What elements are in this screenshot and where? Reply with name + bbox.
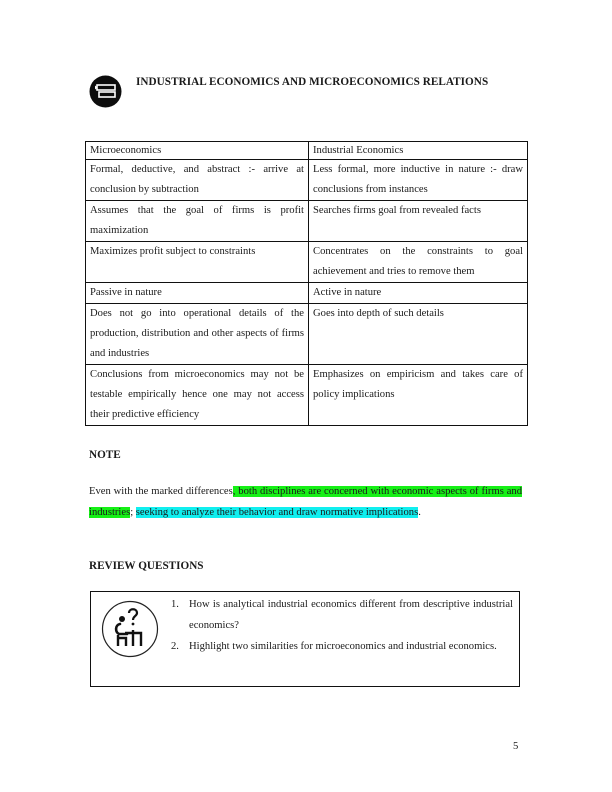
table-cell: Concentrates on the constraints to goal … — [309, 242, 528, 283]
table-cell: Searches firms goal from revealed facts — [309, 201, 528, 242]
table-cell: Maximizes profit subject to constraints — [86, 242, 309, 283]
note-highlight-cyan: seeking to analyze their behavior and dr… — [136, 507, 418, 518]
question-text: How is analytical industrial economics d… — [189, 599, 513, 631]
question-number: 2. — [171, 636, 179, 657]
note-heading: NOTE — [89, 449, 121, 461]
note-text-plain: Even with the marked differences — [89, 486, 233, 497]
note-text-plain: ; — [130, 507, 136, 518]
column-header-microeconomics: Microeconomics — [86, 142, 309, 160]
column-header-industrial-economics: Industrial Economics — [309, 142, 528, 160]
review-questions-box: 1. How is analytical industrial economic… — [90, 591, 520, 687]
review-question-list: 1. How is analytical industrial economic… — [171, 594, 513, 657]
table-row: Passive in nature Active in nature — [86, 283, 528, 304]
document-page: INDUSTRIAL ECONOMICS AND MICROECONOMICS … — [0, 0, 612, 792]
table-cell: Goes into depth of such details — [309, 304, 528, 365]
table-cell: Conclusions from microeconomics may not … — [86, 365, 309, 426]
table-row: Conclusions from microeconomics may not … — [86, 365, 528, 426]
table-cell: Assumes that the goal of firms is profit… — [86, 201, 309, 242]
table-cell: Formal, deductive, and abstract :- arriv… — [86, 160, 309, 201]
page-number: 5 — [513, 741, 518, 752]
table-cell: Passive in nature — [86, 283, 309, 304]
comparison-table: Microeconomics Industrial Economics Form… — [85, 141, 528, 426]
table-row: Does not go into operational details of … — [86, 304, 528, 365]
table-cell: Does not go into operational details of … — [86, 304, 309, 365]
table-row: Assumes that the goal of firms is profit… — [86, 201, 528, 242]
table-cell: Less formal, more inductive in nature :-… — [309, 160, 528, 201]
table-row: Formal, deductive, and abstract :- arriv… — [86, 160, 528, 201]
note-paragraph: Even with the marked differences, both d… — [89, 482, 522, 523]
section-title: INDUSTRIAL ECONOMICS AND MICROECONOMICS … — [136, 76, 488, 88]
table-cell: Active in nature — [309, 283, 528, 304]
list-card-icon — [89, 75, 122, 108]
table-header-row: Microeconomics Industrial Economics — [86, 142, 528, 160]
question-text: Highlight two similarities for microecon… — [189, 641, 497, 652]
question-number: 1. — [171, 594, 179, 615]
note-text-plain: . — [418, 507, 421, 518]
person-question-icon — [101, 600, 159, 658]
review-questions-heading: REVIEW QUESTIONS — [89, 560, 204, 572]
review-question-item: 2. Highlight two similarities for microe… — [171, 636, 513, 657]
table-row: Maximizes profit subject to constraints … — [86, 242, 528, 283]
table-cell: Emphasizes on empiricism and takes care … — [309, 365, 528, 426]
review-question-item: 1. How is analytical industrial economic… — [171, 594, 513, 636]
